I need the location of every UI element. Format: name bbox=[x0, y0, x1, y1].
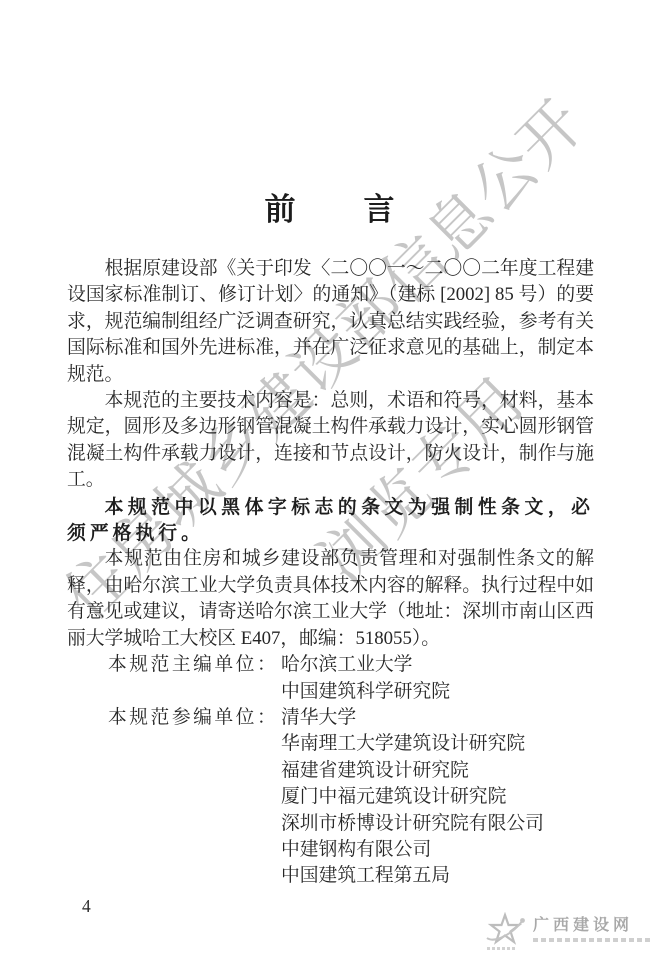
paragraph-contents: 本规范的主要技术内容是：总则，术语和符号，材料，基本规定，圆形及多边形钢管混凝土… bbox=[67, 388, 594, 494]
unit-row: 本规范主编单位： 哈尔滨工业大学 bbox=[108, 652, 594, 678]
unit-row: 本规范参编单位： 清华大学 bbox=[108, 705, 594, 731]
unit-label bbox=[108, 731, 281, 757]
star-icon bbox=[485, 912, 527, 950]
editing-units-list: 本规范主编单位： 哈尔滨工业大学 中国建筑科学研究院 本规范参编单位： 清华大学… bbox=[67, 652, 594, 890]
unit-row: 中国建筑科学研究院 bbox=[108, 679, 594, 705]
unit-value: 中国建筑工程第五局 bbox=[281, 863, 450, 889]
unit-row: 厦门中福元建筑设计研究院 bbox=[108, 784, 594, 810]
unit-row: 深圳市桥博设计研究院有限公司 bbox=[108, 811, 594, 837]
page-number: 4 bbox=[82, 896, 91, 917]
unit-label: 本规范主编单位： bbox=[108, 652, 281, 678]
unit-label bbox=[108, 837, 281, 863]
document-page: 住房城乡建设部信息公开 浏览专用 前 言 根据原建设部《关于印发〈二〇〇一～二〇… bbox=[0, 0, 661, 958]
unit-label bbox=[108, 784, 281, 810]
unit-label bbox=[108, 811, 281, 837]
unit-value: 深圳市桥博设计研究院有限公司 bbox=[281, 811, 544, 837]
unit-value: 厦门中福元建筑设计研究院 bbox=[281, 784, 506, 810]
unit-value: 清华大学 bbox=[281, 705, 356, 731]
unit-label: 本规范参编单位： bbox=[108, 705, 281, 731]
document-body: 根据原建设部《关于印发〈二〇〇一～二〇〇二年度工程建设国家标准制订、修订计划〉的… bbox=[67, 256, 594, 890]
unit-value: 华南理工大学建筑设计研究院 bbox=[281, 731, 525, 757]
paragraph-mandatory-clause: 本规范中以黑体字标志的条文为强制性条文，必须严格执行。 bbox=[67, 494, 594, 547]
unit-value: 哈尔滨工业大学 bbox=[281, 652, 412, 678]
page-title: 前 言 bbox=[0, 184, 661, 229]
paragraph-basis: 根据原建设部《关于印发〈二〇〇一～二〇〇二年度工程建设国家标准制订、修订计划〉的… bbox=[67, 256, 594, 388]
logo-tagline bbox=[533, 938, 651, 942]
unit-value: 中国建筑科学研究院 bbox=[281, 679, 450, 705]
unit-row: 中国建筑工程第五局 bbox=[108, 863, 594, 889]
site-logo: 广西建设网 bbox=[485, 912, 651, 950]
paragraph-administration: 本规范由住房和城乡建设部负责管理和对强制性条文的解释，由哈尔滨工业大学负责具体技… bbox=[67, 546, 594, 652]
unit-value: 福建省建筑设计研究院 bbox=[281, 758, 469, 784]
unit-label bbox=[108, 679, 281, 705]
unit-row: 福建省建筑设计研究院 bbox=[108, 758, 594, 784]
logo-site-name: 广西建设网 bbox=[533, 916, 651, 936]
unit-row: 华南理工大学建筑设计研究院 bbox=[108, 731, 594, 757]
unit-label bbox=[108, 758, 281, 784]
logo-mark-caption bbox=[487, 947, 517, 950]
unit-row: 中建钢构有限公司 bbox=[108, 837, 594, 863]
unit-label bbox=[108, 863, 281, 889]
unit-value: 中建钢构有限公司 bbox=[281, 837, 431, 863]
